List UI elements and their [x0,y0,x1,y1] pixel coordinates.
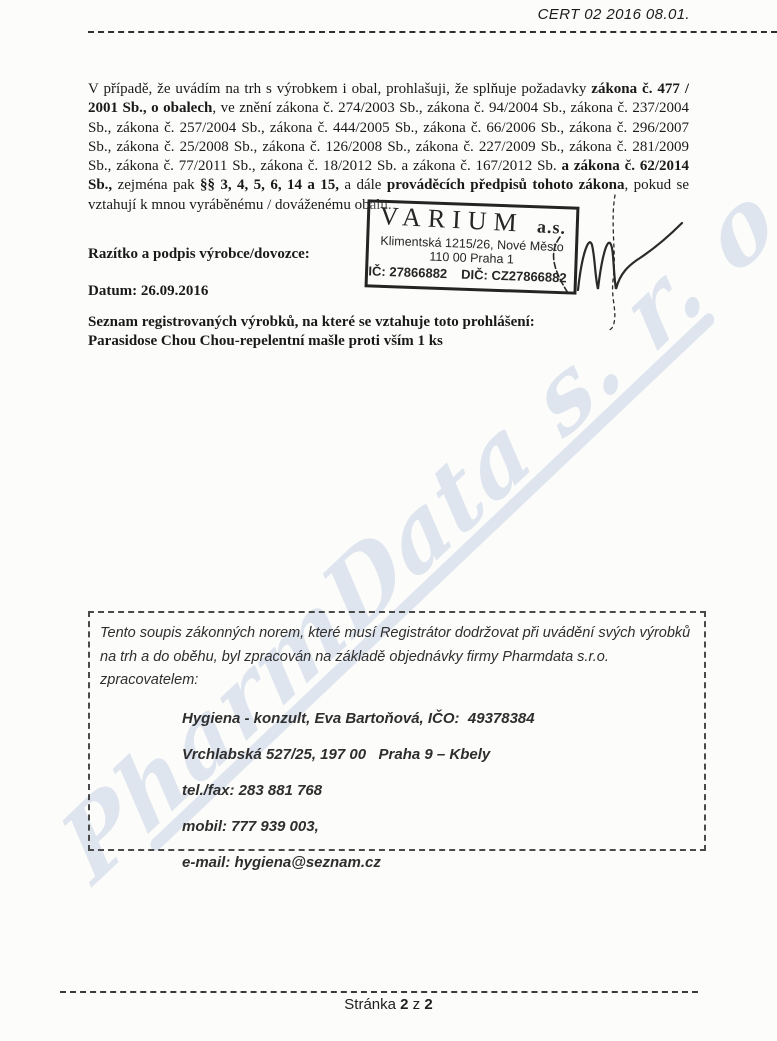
stamp-ic: IČ: 27866882 [368,263,447,281]
processor-info-box: Tento soupis zákonných norem, které musí… [88,611,706,851]
document-code: CERT 02 2016 08.01. [538,6,690,23]
stamp-signature-label: Razítko a podpis výrobce/dovozce: [88,246,310,263]
footer-divider [60,991,698,993]
header-divider [88,31,777,33]
contact-mobile-line: mobil: 777 939 003, [182,817,704,837]
contact-name-line: Hygiena - konzult, Eva Bartoňová, IČO: 4… [182,709,704,729]
product-list-heading: Seznam registrovaných výrobků, na které … [88,314,535,331]
signature-scribble [530,185,700,335]
date-line: Datum: 26.09.2016 [88,283,208,300]
product-item: Parasidose Chou Chou-repelentní mašle pr… [88,333,443,350]
document-page: CERT 02 2016 08.01. PharmData s. r. o. V… [0,0,777,1041]
stamp-company: VARIUM [379,201,524,238]
info-box-intro: Tento soupis zákonných norem, které musí… [100,622,696,693]
page-number: Stránka 2 z 2 [0,996,777,1013]
contact-email-line: e-mail: hygiena@seznam.cz [182,853,704,873]
contact-address-line: Vrchlabská 527/25, 197 00 Praha 9 – Kbel… [182,745,704,765]
contact-telfax-line: tel./fax: 283 881 768 [182,781,704,801]
